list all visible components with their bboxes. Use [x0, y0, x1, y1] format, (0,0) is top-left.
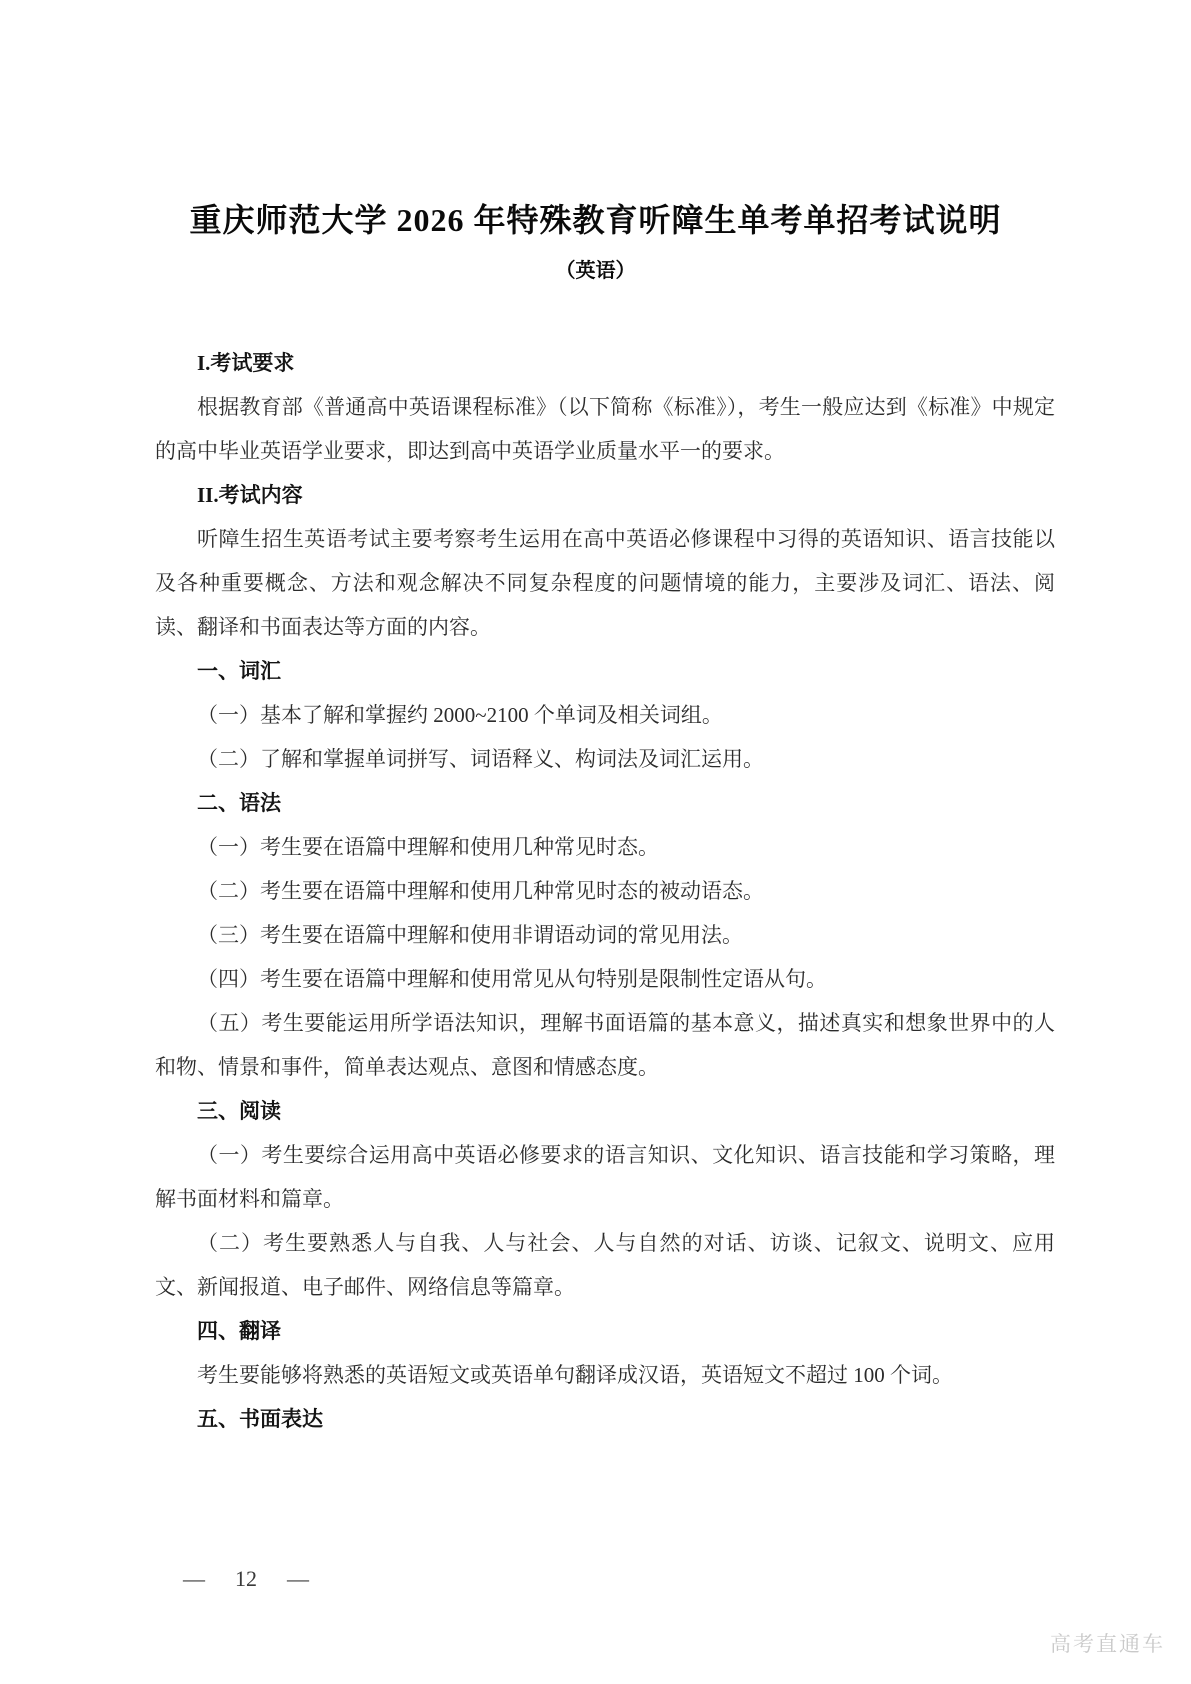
watermark: 高考直通车 [1050, 1628, 1165, 1658]
document-page: 重庆师范大学 2026 年特殊教育听障生单考单招考试说明 （英语） I.考试要求… [0, 198, 1191, 1441]
list-item-grammar-1: （一）考生要在语篇中理解和使用几种常见时态。 [155, 825, 1055, 869]
paragraph-translation: 考生要能够将熟悉的英语短文或英语单句翻译成汉语，英语短文不超过 100 个词。 [155, 1353, 1055, 1397]
list-item-vocabulary-1: （一）基本了解和掌握约 2000~2100 个单词及相关词组。 [155, 693, 1055, 737]
paragraph-exam-requirements: 根据教育部《普通高中英语课程标准》（以下简称《标准》），考生一般应达到《标准》中… [155, 385, 1055, 473]
page-number: —12— [183, 1566, 309, 1592]
subsection-heading-translation: 四、翻译 [155, 1309, 1055, 1353]
page-number-value: 12 [235, 1566, 257, 1592]
list-item-grammar-4: （四）考生要在语篇中理解和使用常见从句特别是限制性定语从句。 [155, 957, 1055, 1001]
section-heading-exam-requirements: I.考试要求 [155, 341, 1055, 385]
subsection-heading-written-expression: 五、书面表达 [155, 1397, 1055, 1441]
list-item-grammar-5: （五）考生要能运用所学语法知识，理解书面语篇的基本意义，描述真实和想象世界中的人… [155, 1001, 1055, 1089]
subsection-heading-grammar: 二、语法 [155, 781, 1055, 825]
list-item-grammar-2: （二）考生要在语篇中理解和使用几种常见时态的被动语态。 [155, 869, 1055, 913]
list-item-reading-1: （一）考生要综合运用高中英语必修要求的语言知识、文化知识、语言技能和学习策略，理… [155, 1133, 1055, 1221]
list-item-vocabulary-2: （二）了解和掌握单词拼写、词语释义、构词法及词汇运用。 [155, 737, 1055, 781]
list-item-grammar-3: （三）考生要在语篇中理解和使用非谓语动词的常见用法。 [155, 913, 1055, 957]
list-item-reading-2: （二）考生要熟悉人与自我、人与社会、人与自然的对话、访谈、记叙文、说明文、应用文… [155, 1221, 1055, 1309]
subsection-heading-vocabulary: 一、词汇 [155, 649, 1055, 693]
page-number-right-dash: — [287, 1566, 309, 1591]
page-number-left-dash: — [183, 1566, 205, 1591]
document-subtitle: （英语） [0, 254, 1191, 283]
document-title: 重庆师范大学 2026 年特殊教育听障生单考单招考试说明 [60, 198, 1131, 242]
document-body: I.考试要求 根据教育部《普通高中英语课程标准》（以下简称《标准》），考生一般应… [155, 341, 1055, 1441]
paragraph-exam-content: 听障生招生英语考试主要考察考生运用在高中英语必修课程中习得的英语知识、语言技能以… [155, 517, 1055, 649]
section-heading-exam-content: II.考试内容 [155, 473, 1055, 517]
subsection-heading-reading: 三、阅读 [155, 1089, 1055, 1133]
